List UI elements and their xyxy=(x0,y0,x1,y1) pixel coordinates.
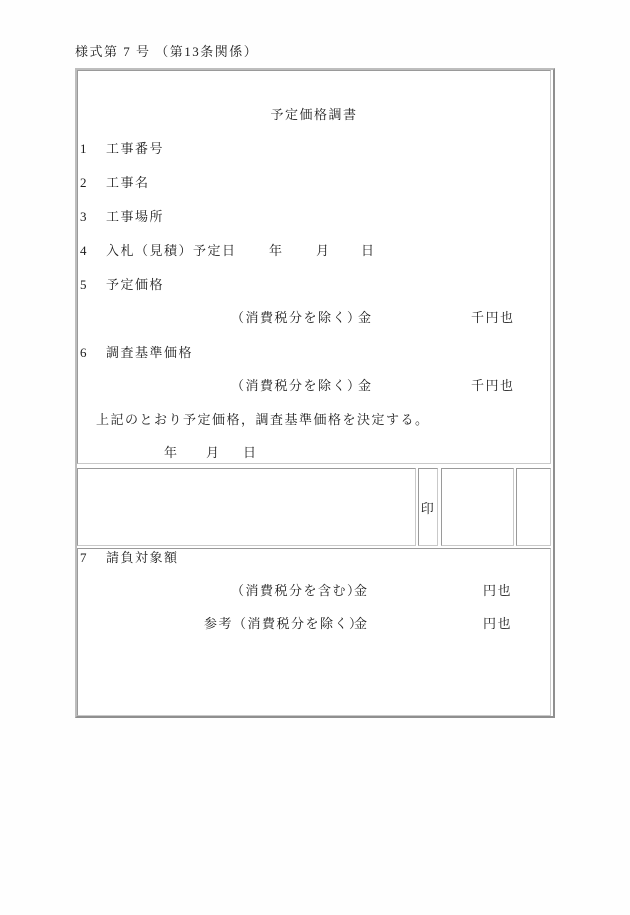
item7-line2-currency-label: 金 xyxy=(354,616,369,632)
item5-number: 5 xyxy=(80,277,88,293)
item7-line1-tax-note: （消費税分を含む） xyxy=(231,583,362,599)
item4-month-label: 月 xyxy=(316,243,331,259)
form-item-7: 7 請負対象額 xyxy=(78,550,550,566)
seal-box-1 xyxy=(441,468,514,546)
item6-number: 6 xyxy=(80,345,88,361)
item7-line2-tax-note: 参考（消費税分を除く） xyxy=(204,616,364,632)
item4-year-label: 年 xyxy=(269,243,284,259)
decision-year-label: 年 xyxy=(164,445,179,461)
item4-number: 4 xyxy=(80,243,88,259)
item4-day-label: 日 xyxy=(361,243,376,259)
item6-tax-note: （消費税分を除く） xyxy=(231,378,362,394)
item5-unit-label: 千円也 xyxy=(471,310,515,326)
form-number-heading: 様式第 7 号 （第13条関係） xyxy=(75,44,258,60)
item4-label: 入札（見積）予定日 xyxy=(106,243,237,259)
item7-amount-line-2: 参考（消費税分を除く） 金 円也 xyxy=(78,616,550,632)
item5-amount-line: （消費税分を除く） 金 千円也 xyxy=(78,310,550,326)
item3-label: 工事場所 xyxy=(106,209,164,225)
decision-date-line: 年 月 日 xyxy=(78,445,550,461)
item5-currency-label: 金 xyxy=(358,310,373,326)
decision-month-label: 月 xyxy=(206,445,221,461)
page: 様式第 7 号 （第13条関係） 予定価格調書 1 工事番号 2 工事名 3 工… xyxy=(0,0,630,915)
item1-number: 1 xyxy=(80,141,88,157)
item7-number: 7 xyxy=(80,550,88,566)
form-item-4: 4 入札（見積）予定日 年 月 日 xyxy=(78,243,550,259)
seal-box-2 xyxy=(516,468,551,546)
item7-amount-line-1: （消費税分を含む） 金 円也 xyxy=(78,583,550,599)
form-item-1: 1 工事番号 xyxy=(78,141,550,157)
form-item-3: 3 工事場所 xyxy=(78,209,550,225)
item7-label: 請負対象額 xyxy=(106,550,179,566)
form-document: 予定価格調書 1 工事番号 2 工事名 3 工事場所 4 入札（見積）予定日 年… xyxy=(75,68,555,718)
form-item-5: 5 予定価格 xyxy=(78,277,550,293)
main-section: 予定価格調書 1 工事番号 2 工事名 3 工事場所 4 入札（見積）予定日 年… xyxy=(77,70,551,464)
document-title: 予定価格調書 xyxy=(78,107,550,123)
item5-label: 予定価格 xyxy=(106,277,164,293)
decision-sentence: 上記のとおり予定価格，調査基準価格を決定する。 xyxy=(96,412,430,428)
item6-label: 調査基準価格 xyxy=(106,345,193,361)
item3-number: 3 xyxy=(80,209,88,225)
decision-day-label: 日 xyxy=(243,445,258,461)
item7-line1-unit-label: 円也 xyxy=(483,583,512,599)
item2-number: 2 xyxy=(80,175,88,191)
signature-area xyxy=(77,468,416,546)
item2-label: 工事名 xyxy=(106,175,150,191)
form-item-6: 6 調査基準価格 xyxy=(78,345,550,361)
item6-amount-line: （消費税分を除く） 金 千円也 xyxy=(78,378,550,394)
item6-unit-label: 千円也 xyxy=(471,378,515,394)
seal-label: 印 xyxy=(421,498,436,517)
form-item-2: 2 工事名 xyxy=(78,175,550,191)
decision-sentence-line: 上記のとおり予定価格，調査基準価格を決定する。 xyxy=(78,412,550,428)
seal-label-cell: 印 xyxy=(418,468,438,546)
item1-label: 工事番号 xyxy=(106,141,164,157)
item7-line2-unit-label: 円也 xyxy=(483,616,512,632)
contract-amount-section: 7 請負対象額 （消費税分を含む） 金 円也 参考（消費税分を除く） 金 円也 xyxy=(77,548,551,716)
item5-tax-note: （消費税分を除く） xyxy=(231,310,362,326)
item7-line1-currency-label: 金 xyxy=(354,583,369,599)
item6-currency-label: 金 xyxy=(358,378,373,394)
